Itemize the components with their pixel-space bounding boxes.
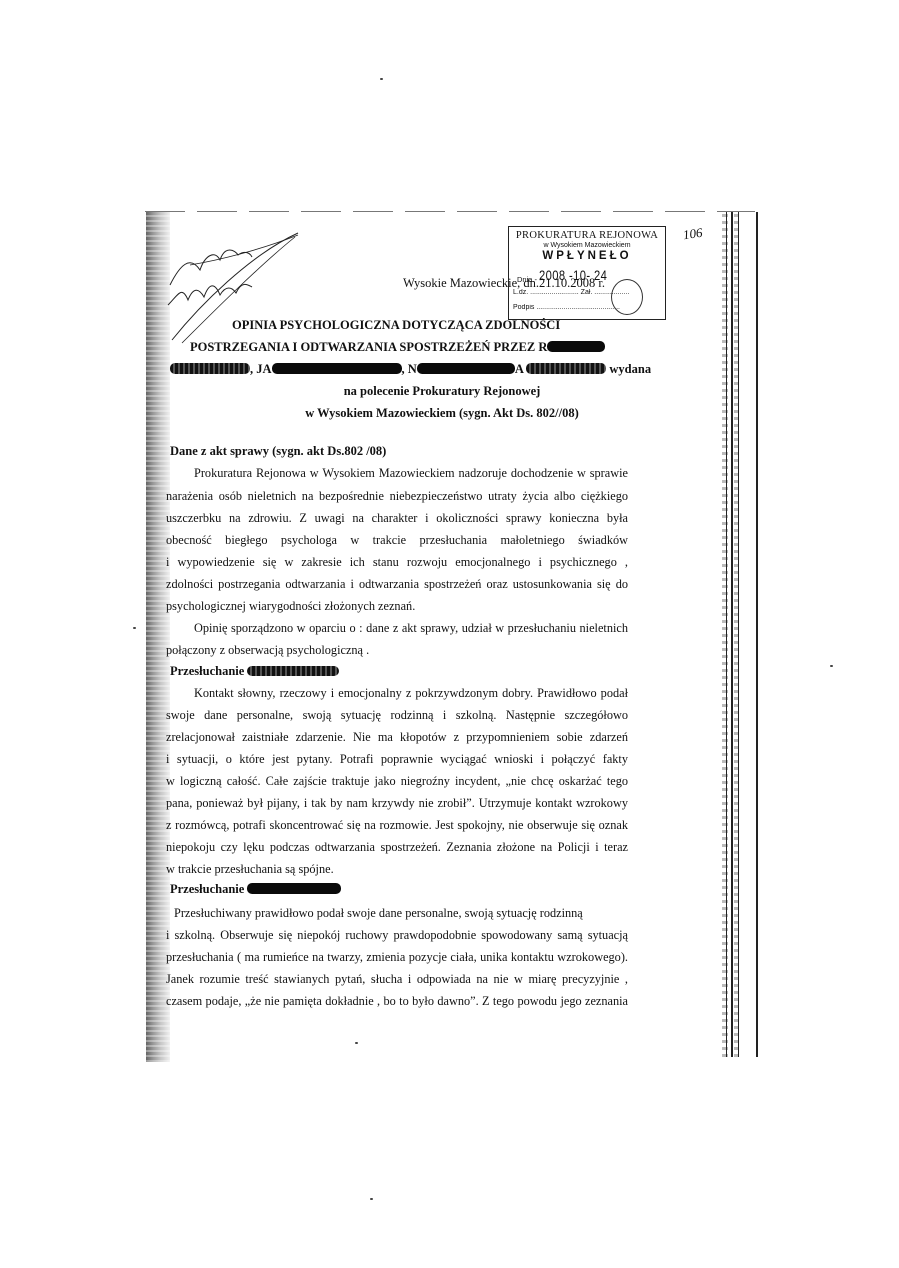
stamp-location: w Wysokiem Mazowieckiem <box>509 242 665 249</box>
paragraph-line: przesłuchania ( ma rumieńce na twarzy, z… <box>166 950 628 965</box>
paragraph-line: czasem podaje, „że nie pamięta dokładnie… <box>166 994 628 1009</box>
section-heading-interview-1: Przesłuchanie <box>170 664 339 679</box>
title-line-3: , JA, NA wydana <box>170 362 714 377</box>
redaction-block <box>547 341 605 352</box>
paragraph-line: i sytuacji, o które jest pytany. Potrafi… <box>166 752 628 767</box>
redaction-block <box>170 363 250 374</box>
title-line-1: OPINIA PSYCHOLOGICZNA DOTYCZĄCA ZDOLNOŚC… <box>170 318 776 333</box>
paragraph-line: Prokuratura Rejonowa w Wysokiem Mazowiec… <box>166 466 628 481</box>
section-heading-interview-2: Przesłuchanie <box>170 882 341 897</box>
scan-speck <box>380 78 383 80</box>
place-and-date: Wysokie Mazowieckie, dn.21.10.2008 r. <box>403 276 605 291</box>
paragraph-line: Przesłuchiwany prawidłowo podał swoje da… <box>174 906 636 921</box>
paragraph-line: uszczerbku na zdrowiu. Z uwagi na charak… <box>166 511 628 526</box>
scan-speck <box>370 1198 373 1200</box>
paragraph-line: zrelacjonował zaistniałe zdarzenie. Nie … <box>166 730 628 745</box>
paragraph-line: narażenia osób nieletnich na bezpośredni… <box>166 489 628 504</box>
paragraph-line: obecność biegłego psychologa w trakcie p… <box>166 533 628 548</box>
paragraph-line: połączony z obserwacją psychologiczną . <box>166 643 628 658</box>
title-line-5: w Wysokiem Mazowieckiem (sygn. Akt Ds. 8… <box>170 406 714 421</box>
paragraph-line: swoje dane personalne, swoją sytuację ro… <box>166 708 628 723</box>
page-number: 106 <box>682 225 704 244</box>
paragraph-line: psychologicznej wiarygodności złożonych … <box>166 599 628 614</box>
paragraph-line: i szkolną. Obserwuje się niepokój ruchow… <box>166 928 628 943</box>
redaction-block <box>417 363 515 374</box>
paragraph-line: i wypowiedzenie się w zakresie ich stanu… <box>166 555 628 570</box>
paragraph-line: pana, ponieważ był pijany, i tak by nam … <box>166 796 628 811</box>
redaction-block <box>247 883 341 894</box>
title-line-4: na polecenie Prokuratury Rejonowej <box>170 384 714 399</box>
scan-speck <box>830 665 833 667</box>
title-line-2: POSTRZEGANIA I ODTWARZANIA SPOSTRZEŻEŃ P… <box>170 340 734 355</box>
paragraph-line: zdolności postrzegania odtwarzania i odt… <box>166 577 628 592</box>
redaction-block <box>526 363 606 374</box>
section-heading-case-data: Dane z akt sprawy (sygn. akt Ds.802 /08) <box>170 444 386 459</box>
scan-speck <box>133 627 136 629</box>
paragraph-line: w logiczną całość. Całe zajście traktuje… <box>166 774 628 789</box>
paragraph-line: Opinię sporządzono w oparciu o : dane z … <box>166 621 628 636</box>
page-top-edge <box>145 211 755 212</box>
stamp-status: WPŁYNEŁO <box>509 250 665 262</box>
redaction-block <box>247 666 339 676</box>
title-line-2-text: POSTRZEGANIA I ODTWARZANIA SPOSTRZEŻEŃ P… <box>190 340 547 354</box>
paragraph-line: niepokoju czy lęku podczas odtwarzania s… <box>166 840 628 855</box>
scan-binding-right <box>722 212 758 1057</box>
stamp-office: PROKURATURA REJONOWA <box>509 230 665 241</box>
scan-speck <box>355 1042 358 1044</box>
paragraph-line: w trakcie przesłuchania są spójne. <box>166 862 628 877</box>
stamp-signature-mark <box>611 279 643 315</box>
paragraph-line: z rozmówcą, potrafi skoncentrować się na… <box>166 818 628 833</box>
paragraph-line: Kontakt słowny, rzeczowy i emocjonalny z… <box>166 686 628 701</box>
received-stamp: PROKURATURA REJONOWA w Wysokiem Mazowiec… <box>508 226 666 320</box>
redaction-block <box>272 363 402 374</box>
paragraph-line: Janek rozumie treść stawianych pytań, sł… <box>166 972 628 987</box>
